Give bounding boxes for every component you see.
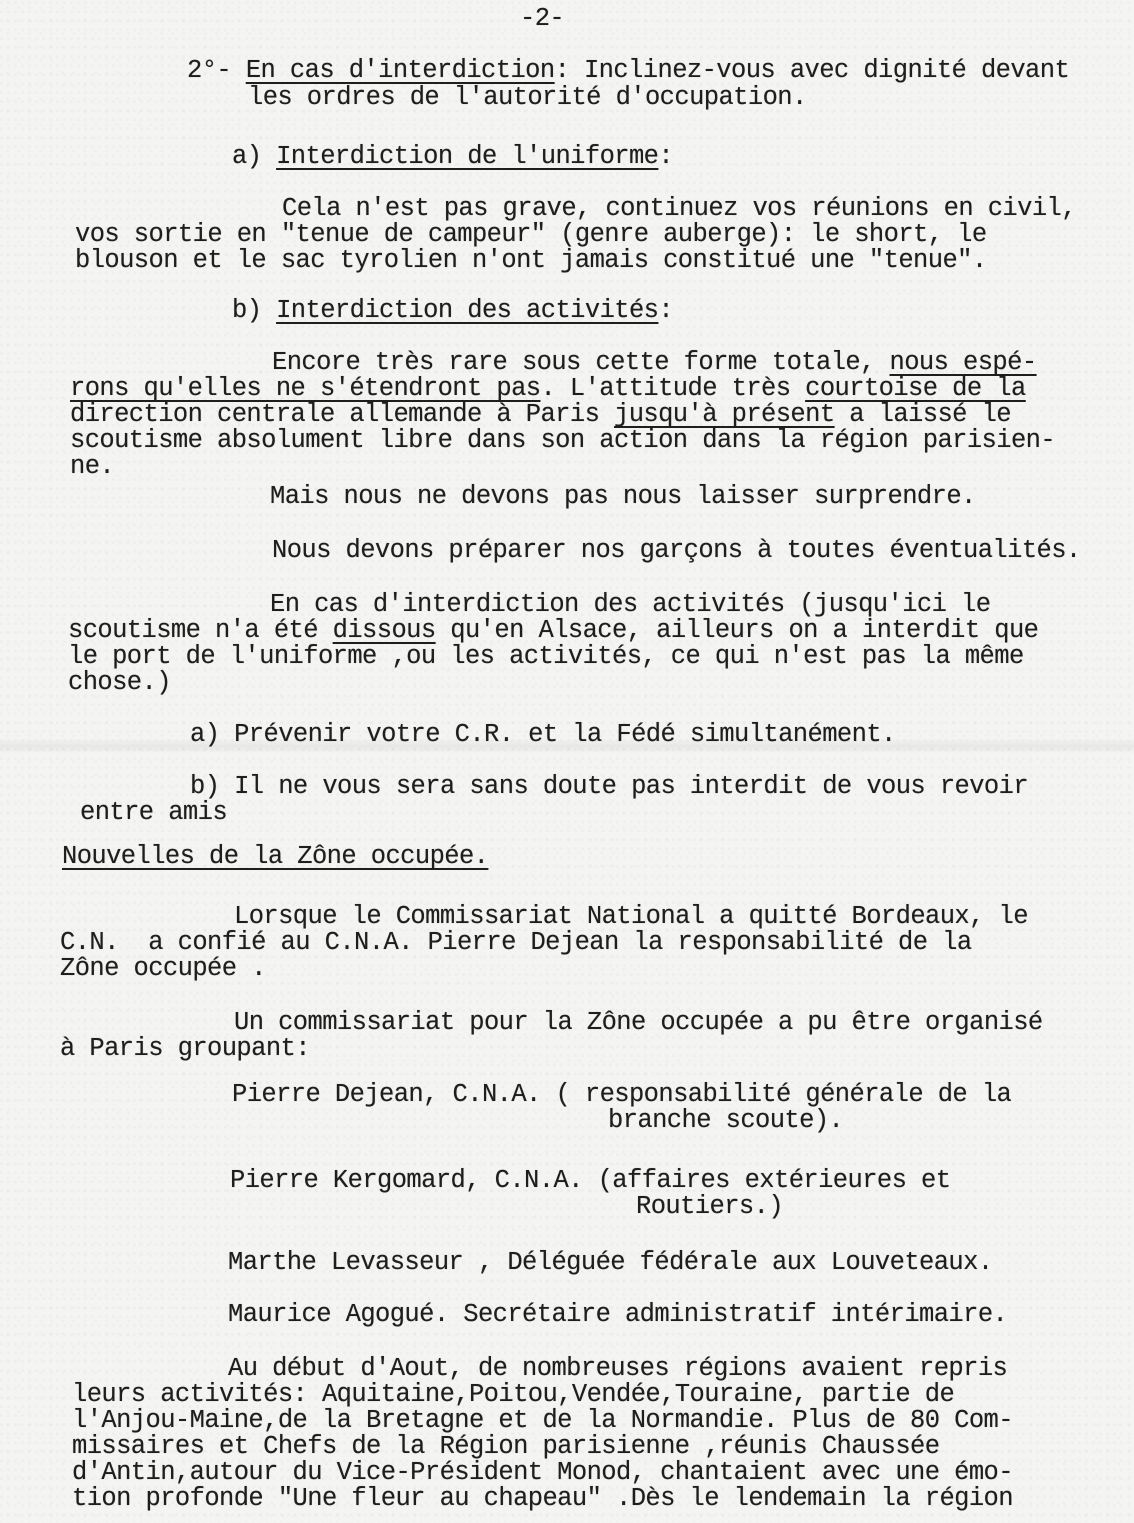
- text-line: Pierre Kergomard, C.N.A. (affaires extér…: [230, 1168, 950, 1194]
- underlined-text: dissous: [333, 616, 436, 645]
- text-line: a) Prévenir votre C.R. et la Fédé simult…: [190, 722, 896, 748]
- text-line: chose.): [68, 670, 171, 696]
- text-line: En cas d'interdiction des activités (jus…: [270, 592, 990, 618]
- text-segment: a laissé le: [835, 400, 1011, 429]
- text-line: tion profonde "Une fleur au chapeau" .Dè…: [72, 1486, 1013, 1512]
- text-segment: direction centrale allemande à Paris: [70, 400, 614, 429]
- text-segment: missaires et Chefs de la Région parisien…: [72, 1432, 939, 1461]
- text-segment: C.N. a confié au C.N.A. Pierre Dejean la…: [60, 928, 972, 957]
- text-segment: Nous devons préparer nos garçons à toute…: [272, 536, 1081, 565]
- text-line: Zône occupée .: [60, 956, 266, 982]
- text-segment: chose.): [68, 668, 171, 697]
- text-segment: b) Il ne vous sera sans doute pas interd…: [190, 772, 1028, 801]
- underlined-text: rons qu'elles ne s'étendront pas: [70, 374, 540, 403]
- text-segment: Pierre Kergomard, C.N.A. (affaires extér…: [230, 1166, 950, 1195]
- page-number: -2-: [520, 6, 564, 32]
- text-line: ne.: [70, 454, 114, 480]
- text-segment: Cela n'est pas grave, continuez vos réun…: [282, 194, 1076, 223]
- text-line: b) Interdiction des activités:: [232, 298, 673, 324]
- underlined-text: nous espé-: [890, 348, 1037, 377]
- text-segment: Un commissariat pour la Zône occupée a p…: [234, 1008, 1043, 1037]
- text-line: à Paris groupant:: [60, 1036, 310, 1062]
- text-segment: . L'attitude très: [540, 374, 805, 403]
- text-line: scoutisme absolument libre dans son acti…: [70, 428, 1055, 454]
- text-segment: Mais nous ne devons pas nous laisser sur…: [270, 482, 976, 511]
- text-line: d'Antin,autour du Vice-Président Monod, …: [72, 1460, 1013, 1486]
- text-segment: leurs activités: Aquitaine,Poitou,Vendée…: [72, 1380, 954, 1409]
- underlined-text: jusqu'à présent: [614, 400, 835, 429]
- text-line: Un commissariat pour la Zône occupée a p…: [234, 1010, 1043, 1036]
- underlined-text: En cas d'interdiction: [246, 56, 555, 85]
- text-segment: En cas d'interdiction des activités (jus…: [270, 590, 990, 619]
- underlined-text: Interdiction des activités: [276, 296, 658, 325]
- text-segment: :: [658, 142, 673, 171]
- text-line: les ordres de l'autorité d'occupation.: [248, 85, 807, 111]
- text-segment: :: [658, 296, 673, 325]
- text-line: scoutisme n'a été dissous qu'en Alsace, …: [68, 618, 1038, 644]
- text-segment: Zône occupée .: [60, 954, 266, 983]
- text-segment: tion profonde "Une fleur au chapeau" .Dè…: [72, 1484, 1013, 1513]
- text-line: C.N. a confié au C.N.A. Pierre Dejean la…: [60, 930, 972, 956]
- text-segment: Pierre Dejean, C.N.A. ( responsabilité g…: [232, 1080, 1011, 1109]
- text-line: missaires et Chefs de la Région parisien…: [72, 1434, 939, 1460]
- text-segment: entre amis: [80, 798, 227, 827]
- text-line: Routiers.): [636, 1194, 783, 1220]
- text-line: entre amis: [80, 800, 227, 826]
- text-line: Lorsque le Commissariat National a quitt…: [234, 904, 1028, 930]
- text-line: Au début d'Aout, de nombreuses régions a…: [228, 1356, 1007, 1382]
- text-line: Nous devons préparer nos garçons à toute…: [272, 538, 1081, 564]
- text-segment: 2°-: [187, 56, 246, 85]
- text-segment: Maurice Agogué. Secrétaire administratif…: [228, 1300, 1007, 1329]
- text-line: le port de l'uniforme ,ou les activités,…: [68, 644, 1024, 670]
- text-segment: vos sortie en "tenue de campeur" (genre …: [75, 220, 987, 249]
- text-line: Mais nous ne devons pas nous laisser sur…: [270, 484, 976, 510]
- text-line: l'Anjou-Maine,de la Bretagne et de la No…: [72, 1408, 1013, 1434]
- text-segment: qu'en Alsace, ailleurs on a interdit que: [436, 616, 1039, 645]
- text-line: 2°- En cas d'interdiction: Inclinez-vous…: [187, 58, 1069, 84]
- text-segment: a) Prévenir votre C.R. et la Fédé simult…: [190, 720, 896, 749]
- text-line: Marthe Levasseur , Déléguée fédérale aux…: [228, 1250, 993, 1276]
- text-segment: b): [232, 296, 276, 325]
- text-segment: Au début d'Aout, de nombreuses régions a…: [228, 1354, 1007, 1383]
- text-line: leurs activités: Aquitaine,Poitou,Vendée…: [72, 1382, 954, 1408]
- text-segment: le port de l'uniforme ,ou les activités,…: [68, 642, 1024, 671]
- underlined-text: Nouvelles de la Zône occupée.: [62, 842, 488, 871]
- text-line: Maurice Agogué. Secrétaire administratif…: [228, 1302, 1007, 1328]
- text-segment: ne.: [70, 452, 114, 481]
- text-segment: scoutisme absolument libre dans son acti…: [70, 426, 1055, 455]
- text-segment: d'Antin,autour du Vice-Président Monod, …: [72, 1458, 1013, 1487]
- text-line: branche scoute).: [608, 1108, 843, 1134]
- text-segment: blouson et le sac tyrolien n'ont jamais …: [75, 246, 987, 275]
- document-page: -2- 2°- En cas d'interdiction: Inclinez-…: [0, 0, 1134, 1523]
- text-segment: à Paris groupant:: [60, 1034, 310, 1063]
- text-segment: a): [232, 142, 276, 171]
- text-line: Encore très rare sous cette forme totale…: [272, 350, 1037, 376]
- text-line: a) Interdiction de l'uniforme:: [232, 144, 673, 170]
- text-line: Cela n'est pas grave, continuez vos réun…: [282, 196, 1076, 222]
- text-segment: Lorsque le Commissariat National a quitt…: [234, 902, 1028, 931]
- text-line: b) Il ne vous sera sans doute pas interd…: [190, 774, 1028, 800]
- text-segment: Marthe Levasseur , Déléguée fédérale aux…: [228, 1248, 993, 1277]
- text-segment: les ordres de l'autorité d'occupation.: [248, 83, 807, 112]
- text-segment: scoutisme n'a été: [68, 616, 333, 645]
- text-segment: Encore très rare sous cette forme totale…: [272, 348, 890, 377]
- text-line: Nouvelles de la Zône occupée.: [62, 844, 488, 870]
- text-line: blouson et le sac tyrolien n'ont jamais …: [75, 248, 987, 274]
- text-segment: Routiers.): [636, 1192, 783, 1221]
- text-segment: branche scoute).: [608, 1106, 843, 1135]
- text-segment: l'Anjou-Maine,de la Bretagne et de la No…: [72, 1406, 1013, 1435]
- underlined-text: Interdiction de l'uniforme: [276, 142, 658, 171]
- text-line: rons qu'elles ne s'étendront pas. L'atti…: [70, 376, 1026, 402]
- text-segment: : Inclinez-vous avec dignité devant: [555, 56, 1070, 85]
- text-line: direction centrale allemande à Paris jus…: [70, 402, 1011, 428]
- text-line: vos sortie en "tenue de campeur" (genre …: [75, 222, 987, 248]
- text-line: Pierre Dejean, C.N.A. ( responsabilité g…: [232, 1082, 1011, 1108]
- underlined-text: courtoise de la: [805, 374, 1026, 403]
